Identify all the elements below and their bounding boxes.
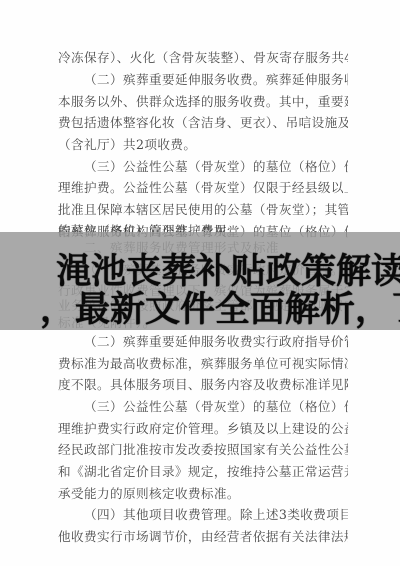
body-line: 批准且保障本辖区居民使用的公墓（骨灰堂）；其管理维护费 <box>58 202 348 218</box>
body-line: （含礼厅）共2项收费。 <box>58 137 348 153</box>
banner-title-line2: ，最新文件全面解析，了 <box>40 290 400 330</box>
body-line: （三）公益性公墓（骨灰堂）的墓位（格位）价格及其管 <box>84 159 348 175</box>
body-line: 费标准为最高收费标准，殡葬服务单位可视实际情况下浮，幅 <box>58 356 348 372</box>
body-line: 冷冻保存）、火化（含骨灰装整）、骨灰寄存服务共4项收费。 <box>58 50 348 66</box>
body-line: 他收费实行市场调节价，由经营者依据有关法律法规规定，按 <box>58 529 348 545</box>
body-line: （四）其他项目收费管理。除上述3类收费项目以外的其 <box>84 507 348 523</box>
body-line: 理维护费实行政府定价管理。乡镇及以上建设的公益性公墓， <box>58 421 348 437</box>
body-line: 经民政部门批准按市发改委按照国家有关公益性公墓收费要求 <box>58 442 348 458</box>
body-line: （三）公益性公墓（骨灰堂）的墓位（格位）价格及其管 <box>84 399 348 415</box>
body-line: 度不限。具体服务项目、服务内容及收费标准详见附件。 <box>58 377 348 393</box>
body-line: 承受能力的原则核定收费标准。 <box>58 486 348 502</box>
body-line: 理维护费。公益性公墓（骨灰堂）仅限于经县级以上民政部门 <box>58 180 348 196</box>
body-line: 和《湖北省定价目录》规定，按维持公墓正常运营并兼顾居民 <box>58 464 348 480</box>
body-line: 本服务以外、供群众选择的服务收费。其中，重要延伸服务收 <box>58 94 348 110</box>
body-line: （二）殡葬重要延伸服务收费实行政府指导价管理。其收 <box>84 334 348 350</box>
banner-title-line1: 渑池丧葬补贴政策解读 <box>56 252 400 292</box>
body-line: （二）殡葬重要延伸服务收费。殡葬延伸服务收费是在基 <box>84 72 348 88</box>
body-line: 费包括遗体整容化妆（含洁身、更衣）、吊唁设施及设备租赁 <box>58 115 348 131</box>
